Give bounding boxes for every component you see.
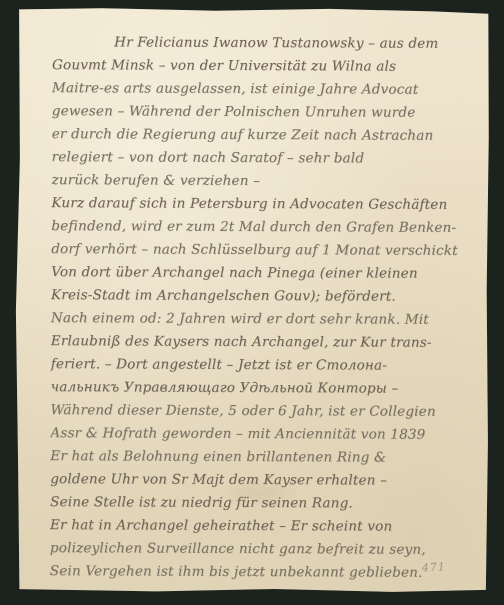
manuscript-line: gewesen – Während der Polnischen Unruhen… bbox=[52, 100, 476, 125]
manuscript-line: Kreis-Stadt im Archangelschen Gouv); bef… bbox=[51, 284, 475, 309]
scanner-background: Hr Felicianus Iwanow Tustanowsky – aus d… bbox=[0, 0, 504, 605]
manuscript-line: чальникъ Управляющаго Удѣльной Конторы – bbox=[51, 376, 475, 401]
archive-page-number: 471 bbox=[422, 560, 447, 574]
manuscript-line: goldene Uhr von Sr Majt dem Kayser erhal… bbox=[50, 468, 474, 493]
manuscript-line: Sein Vergehen ist ihm bis jetzt unbekann… bbox=[50, 560, 474, 585]
handwritten-text-block: Hr Felicianus Iwanow Tustanowsky – aus d… bbox=[50, 31, 476, 585]
manuscript-line: feriert. – Dort angestellt – Jetzt ist e… bbox=[51, 353, 475, 378]
manuscript-line: Nach einem od: 2 Jahren wird er dort seh… bbox=[51, 307, 475, 332]
manuscript-line: Maitre-es arts ausgelassen, ist einige J… bbox=[52, 77, 476, 102]
manuscript-line: Während dieser Dienste, 5 oder 6 Jahr, i… bbox=[50, 399, 474, 424]
manuscript-line: Kurz darauf sich in Petersburg in Advoca… bbox=[51, 192, 475, 217]
manuscript-line: Gouvmt Minsk – von der Universität zu Wi… bbox=[52, 54, 476, 79]
manuscript-line: er durch die Regierung auf kurze Zeit na… bbox=[52, 123, 476, 148]
manuscript-line: Hr Felicianus Iwanow Tustanowsky – aus d… bbox=[52, 31, 476, 56]
manuscript-line: Erlaubniß des Kaysers nach Archangel, zu… bbox=[51, 330, 475, 355]
manuscript-line: dorf verhört – nach Schlüsselburg auf 1 … bbox=[51, 238, 475, 263]
manuscript-line: Er hat als Belohnung einen brillantenen … bbox=[50, 445, 474, 470]
manuscript-line: polizeylichen Surveillance nicht ganz be… bbox=[50, 537, 474, 562]
manuscript-page: Hr Felicianus Iwanow Tustanowsky – aus d… bbox=[14, 7, 491, 594]
manuscript-line: zurück berufen & verziehen – bbox=[51, 169, 475, 194]
manuscript-line: Seine Stelle ist zu niedrig für seinen R… bbox=[50, 491, 474, 516]
manuscript-line: Assr & Hofrath geworden – mit Anciennitä… bbox=[50, 422, 474, 447]
manuscript-line: relegiert – von dort nach Saratof – sehr… bbox=[52, 146, 476, 171]
manuscript-line: Von dort über Archangel nach Pinega (ein… bbox=[51, 261, 475, 286]
manuscript-line: befindend, wird er zum 2t Mal durch den … bbox=[51, 215, 475, 240]
manuscript-line: Er hat in Archangel geheirathet – Er sch… bbox=[50, 514, 474, 539]
